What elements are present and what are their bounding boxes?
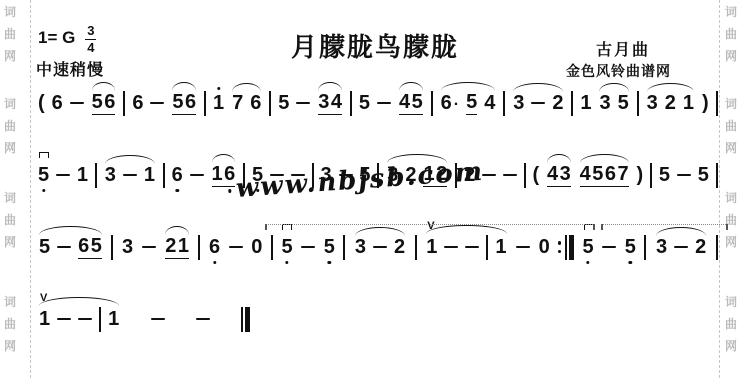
dash-beat bbox=[70, 102, 84, 105]
note-group: 1 bbox=[683, 93, 694, 113]
note-group: 5 bbox=[39, 237, 50, 257]
note: 3 bbox=[560, 164, 571, 184]
note: 6 bbox=[605, 164, 616, 184]
note: 5 bbox=[92, 92, 103, 112]
note: 2 bbox=[165, 236, 176, 256]
note: 7 bbox=[618, 164, 629, 184]
note: 5 bbox=[278, 93, 289, 113]
note: 5 bbox=[324, 237, 335, 257]
dash-beat bbox=[296, 102, 310, 105]
slur-group: 565 bbox=[38, 236, 103, 259]
note: 5 bbox=[39, 237, 50, 257]
slur-group: 56 bbox=[171, 92, 197, 115]
note-group: 3 bbox=[355, 237, 366, 257]
note: 0 bbox=[539, 237, 550, 257]
dash-beat bbox=[373, 246, 387, 249]
slur-group: 6·54 bbox=[440, 92, 497, 115]
note-group: 4567 bbox=[580, 164, 629, 187]
barline bbox=[343, 235, 345, 260]
note: 5 bbox=[172, 92, 183, 112]
parenthesis: ( bbox=[533, 164, 540, 187]
note-group: 56 bbox=[172, 92, 196, 115]
dash-beat bbox=[123, 174, 137, 177]
note-group: 1 bbox=[213, 93, 224, 113]
note: 3 bbox=[656, 237, 667, 257]
note: 3 bbox=[355, 237, 366, 257]
barline bbox=[524, 163, 526, 188]
dash-beat bbox=[377, 102, 391, 105]
note-group: 34 bbox=[318, 92, 342, 115]
slur-group: 43 bbox=[546, 164, 572, 187]
note-group: 5 bbox=[698, 165, 709, 185]
note: 5 bbox=[618, 93, 629, 113]
note-group: 1 bbox=[108, 309, 119, 329]
octave-dot-low bbox=[629, 261, 632, 264]
dash-beat bbox=[444, 246, 458, 249]
note-group: 0 bbox=[539, 237, 550, 257]
repeat-dots bbox=[558, 241, 561, 252]
note: 5 bbox=[625, 237, 636, 257]
note-group: 16 bbox=[212, 164, 236, 187]
octave-dot-high bbox=[217, 87, 220, 90]
note-group: 3 bbox=[599, 93, 610, 113]
parenthesis: ) bbox=[637, 164, 644, 187]
note: 5 bbox=[592, 164, 603, 184]
note: 6 bbox=[132, 93, 143, 113]
note: 2 bbox=[394, 237, 405, 257]
note-group: 65 bbox=[78, 236, 102, 259]
slur-group: 21 bbox=[164, 236, 190, 259]
dash-beat bbox=[674, 246, 688, 249]
note: 1 bbox=[683, 93, 694, 113]
octave-dot-low bbox=[328, 261, 331, 264]
note-group: 56 bbox=[92, 92, 116, 115]
note-group: 1 bbox=[580, 93, 591, 113]
note: 0 bbox=[251, 237, 262, 257]
volta-bracket-1 bbox=[265, 224, 595, 231]
note-group: 3 bbox=[105, 165, 116, 185]
note: 6 bbox=[104, 92, 115, 112]
note-group: 1V bbox=[39, 309, 50, 329]
note: 6 bbox=[209, 237, 220, 257]
barline bbox=[123, 91, 125, 116]
barline bbox=[198, 235, 200, 260]
barline bbox=[269, 91, 271, 116]
barline bbox=[241, 307, 243, 332]
note: 2 bbox=[665, 93, 676, 113]
note-group: 5 bbox=[625, 237, 636, 257]
parenthesis: ( bbox=[38, 92, 45, 115]
note-group: 5 bbox=[281, 237, 292, 257]
octave-dot-low bbox=[285, 261, 288, 264]
barline bbox=[716, 235, 718, 260]
final-barline bbox=[241, 307, 250, 332]
note: 5 bbox=[281, 237, 292, 257]
score-line-1: (6566561765345456·5432135321) bbox=[38, 88, 718, 118]
note: 1 bbox=[108, 309, 119, 329]
note-group: 6· bbox=[441, 93, 459, 113]
note-group: 6 bbox=[132, 93, 143, 113]
note: 1 bbox=[77, 165, 88, 185]
slur-group: 1V1 bbox=[38, 307, 120, 332]
note: 2 bbox=[552, 93, 563, 113]
note: 6· bbox=[441, 93, 459, 113]
slur-group: 32 bbox=[512, 93, 564, 113]
note-group: 5 bbox=[583, 237, 594, 257]
note-group: 21 bbox=[165, 236, 189, 259]
sheet-music-page: 词曲网词曲网词曲网词曲网 词曲网词曲网词曲网词曲网 1= G 3 4 中速稍慢 … bbox=[0, 0, 750, 378]
slur-group: 76 bbox=[231, 93, 262, 113]
parenthesis: ) bbox=[702, 92, 709, 115]
duration-dot: · bbox=[454, 96, 459, 113]
barline bbox=[95, 163, 97, 188]
note-group: 3 bbox=[513, 93, 524, 113]
dash-beat bbox=[190, 174, 204, 177]
note: 1 bbox=[580, 93, 591, 113]
dash-beat bbox=[56, 174, 70, 177]
note: 2 bbox=[695, 237, 706, 257]
barline bbox=[350, 91, 352, 116]
note: 5 bbox=[91, 236, 102, 256]
dash-beat bbox=[301, 246, 315, 249]
dash-beat bbox=[503, 174, 517, 177]
note-group: 5 bbox=[324, 237, 335, 257]
down-bow-mark bbox=[39, 152, 49, 158]
slur-group: 31 bbox=[104, 165, 156, 185]
note: 7 bbox=[232, 93, 243, 113]
note: 4 bbox=[484, 93, 495, 113]
dash-beat bbox=[516, 246, 530, 249]
note-group: 43 bbox=[547, 164, 571, 187]
thick-barline bbox=[569, 235, 574, 260]
octave-dot-low bbox=[228, 189, 231, 192]
octave-dot-low bbox=[176, 189, 179, 192]
note-group: 3 bbox=[656, 237, 667, 257]
note: 6 bbox=[52, 93, 63, 113]
slur-group: 16 bbox=[211, 164, 237, 187]
note: 1 bbox=[495, 237, 506, 257]
note: 1 bbox=[213, 93, 224, 113]
note: 5 bbox=[659, 165, 670, 185]
barline bbox=[503, 91, 505, 116]
up-bow-mark: V bbox=[40, 293, 47, 304]
note-group: 5 bbox=[38, 165, 49, 185]
note-group: 4 bbox=[484, 93, 495, 113]
note-group: 6 bbox=[172, 165, 183, 185]
repeat-barline bbox=[558, 235, 574, 260]
note-group: 6 bbox=[209, 237, 220, 257]
note: 6 bbox=[250, 93, 261, 113]
note: 1 bbox=[144, 165, 155, 185]
note-group: 6 bbox=[52, 93, 63, 113]
note: 6 bbox=[224, 164, 235, 184]
note: 1 bbox=[39, 309, 50, 329]
barline bbox=[716, 91, 718, 116]
barline bbox=[637, 91, 639, 116]
note: 3 bbox=[599, 93, 610, 113]
barline bbox=[650, 163, 652, 188]
note: 3 bbox=[122, 237, 133, 257]
note-group: 1 bbox=[495, 237, 506, 257]
barline bbox=[163, 163, 165, 188]
note: 4 bbox=[399, 92, 410, 112]
dash-beat bbox=[78, 318, 92, 321]
barline bbox=[571, 91, 573, 116]
note: 5 bbox=[359, 93, 370, 113]
barline bbox=[716, 163, 718, 188]
slur-group: 321 bbox=[646, 93, 695, 113]
dash-beat bbox=[229, 246, 243, 249]
note: 1 bbox=[178, 236, 189, 256]
barline bbox=[204, 91, 206, 116]
slur-group: 34 bbox=[317, 92, 343, 115]
dash-beat bbox=[150, 102, 164, 105]
note-group: 1 bbox=[144, 165, 155, 185]
note: 3 bbox=[105, 165, 116, 185]
dash-beat bbox=[531, 102, 545, 105]
octave-dot-low bbox=[213, 261, 216, 264]
octave-dot-low bbox=[42, 189, 45, 192]
slur-group: 1V1 bbox=[425, 235, 507, 260]
note-group: 5 bbox=[359, 93, 370, 113]
note-group: 1 bbox=[77, 165, 88, 185]
dash-beat bbox=[465, 246, 479, 249]
note: 5 bbox=[38, 165, 49, 185]
note-group: 2 bbox=[695, 237, 706, 257]
note: 5 bbox=[412, 92, 423, 112]
note-group: 5 bbox=[278, 93, 289, 113]
note-group: 1V bbox=[426, 237, 437, 257]
slur-group: 4567 bbox=[579, 164, 630, 187]
score-line-4: 1V1 bbox=[38, 304, 250, 334]
note-group: 5 bbox=[466, 92, 477, 115]
note-group: 2 bbox=[394, 237, 405, 257]
score-line-3: 5653216055321V105532 bbox=[38, 232, 718, 262]
dash-beat bbox=[196, 318, 210, 321]
barline bbox=[271, 235, 273, 260]
barline bbox=[111, 235, 113, 260]
volta-bracket-2 bbox=[601, 224, 728, 231]
note: 6 bbox=[78, 236, 89, 256]
dash-beat bbox=[677, 174, 691, 177]
note: 5 bbox=[698, 165, 709, 185]
note: 3 bbox=[647, 93, 658, 113]
barline bbox=[644, 235, 646, 260]
slur-group: 32 bbox=[354, 237, 406, 257]
note: 6 bbox=[185, 92, 196, 112]
note-group: 2 bbox=[665, 93, 676, 113]
dash-beat bbox=[602, 246, 616, 249]
note-group: 7 bbox=[232, 93, 243, 113]
note-group: 45 bbox=[399, 92, 423, 115]
note-group: 2 bbox=[552, 93, 563, 113]
note: 3 bbox=[318, 92, 329, 112]
octave-dot-low bbox=[586, 261, 589, 264]
note: 5 bbox=[466, 92, 477, 112]
slur-group: 56 bbox=[91, 92, 117, 115]
note-group: 0 bbox=[251, 237, 262, 257]
note-group: 5 bbox=[618, 93, 629, 113]
note: 5 bbox=[583, 237, 594, 257]
slur-group: 32 bbox=[655, 237, 707, 257]
dash-beat bbox=[57, 246, 71, 249]
score-area: (6566561765345456·5432135321) 5131616535… bbox=[0, 0, 750, 378]
note: 4 bbox=[580, 164, 591, 184]
note: 3 bbox=[513, 93, 524, 113]
barline bbox=[431, 91, 433, 116]
barline bbox=[415, 235, 417, 260]
note-group: 3 bbox=[122, 237, 133, 257]
note-group: 6 bbox=[250, 93, 261, 113]
slur-group: 35 bbox=[598, 93, 629, 113]
thick-barline bbox=[245, 307, 250, 332]
barline bbox=[486, 235, 488, 260]
barline bbox=[565, 235, 567, 260]
note-group: 3 bbox=[647, 93, 658, 113]
slur-group: 45 bbox=[398, 92, 424, 115]
note: 4 bbox=[331, 92, 342, 112]
note: 6 bbox=[172, 165, 183, 185]
dash-beat bbox=[151, 318, 165, 321]
dash-beat bbox=[142, 246, 156, 249]
barline bbox=[99, 307, 101, 332]
note: 4 bbox=[547, 164, 558, 184]
note: 1 bbox=[212, 164, 223, 184]
dash-beat bbox=[57, 318, 71, 321]
note: 1 bbox=[426, 237, 437, 257]
note-group: 5 bbox=[659, 165, 670, 185]
